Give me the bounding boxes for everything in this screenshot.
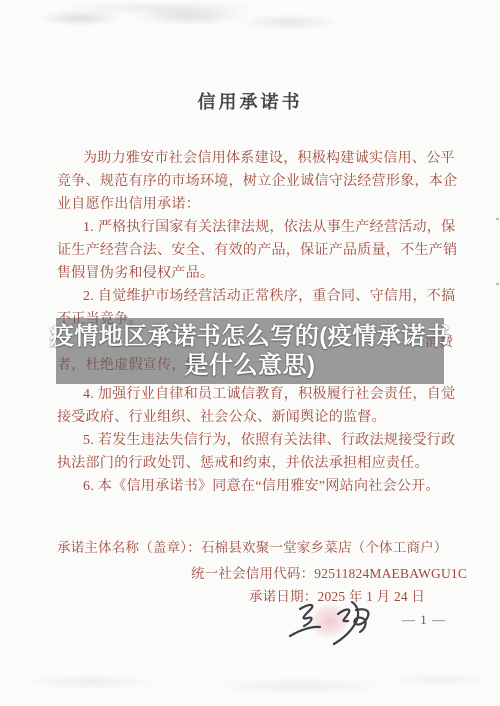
body-line: 业自愿作出信用承诺： bbox=[57, 193, 200, 213]
scan-artifact-bottom bbox=[0, 668, 500, 702]
signature-handwriting bbox=[286, 596, 396, 658]
scan-speck bbox=[496, 283, 499, 285]
body-line: 6. 本《信用承诺书》同意在“信用雅安”网站向社会公开。 bbox=[83, 475, 440, 495]
watermark-caption-line2: 是什么意思) bbox=[185, 351, 316, 380]
document-title: 信用承诺书 bbox=[0, 88, 500, 114]
body-line: 为助力雅安市社会信用体系建设，积极构建诚实信用、公平 bbox=[83, 147, 455, 167]
body-line: 售假冒伪劣和侵权产品。 bbox=[57, 262, 214, 282]
watermark-caption-banner: 疫情地区承诺书怎么写的(疫情承诺书 是什么意思) bbox=[56, 318, 444, 384]
body-line: 4. 加强行业自律和员工诚信教育，积极履行社会责任，自觉 bbox=[83, 383, 455, 403]
footer-credit-code: 统一社会信用代码：92511824MAEBAWGU1C bbox=[191, 562, 467, 582]
body-line: 证生产经营合法、安全、有效的产品，保证产品质量，不生产销 bbox=[57, 239, 457, 259]
body-line: 2. 自觉维护市场经营活动正常秩序，重合同、守信用，不搞 bbox=[83, 285, 455, 305]
watermark-caption-line1: 疫情地区承诺书怎么写的(疫情承诺书 bbox=[50, 322, 451, 351]
footer-subject-name: 承诺主体名称（盖章）：石棉县欢聚一堂家乡菜店（个体工商户） bbox=[57, 536, 448, 556]
body-line: 执法部门的行政处罚、惩戒和约束，并依法承担相应责任。 bbox=[57, 452, 429, 472]
body-line: 接受政府、行业组织、社会公众、新闻舆论的监督。 bbox=[57, 406, 386, 426]
body-line: 竞争、规范有序的市场环境，树立企业诚信守法经营形象，本企 bbox=[57, 170, 457, 190]
page-number: — 1 — bbox=[402, 612, 446, 628]
scan-artifact-top bbox=[10, 2, 340, 36]
body-line: 1. 严格执行国家有关法律法规，依法从事生产经营活动，保 bbox=[83, 216, 455, 236]
scan-speck bbox=[496, 218, 499, 220]
scanned-document-page: 信用承诺书 为助力雅安市社会信用体系建设，积极构建诚实信用、公平 竞争、规范有序… bbox=[0, 0, 500, 706]
body-line: 5. 若发生违法失信行为，依照有关法律、行政法规接受行政 bbox=[83, 429, 455, 449]
